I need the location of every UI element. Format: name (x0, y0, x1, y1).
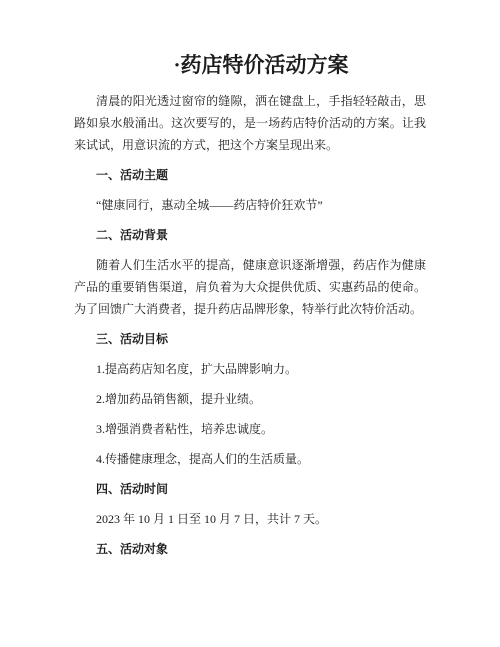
section-paragraph: 3.增强消费者粘性，培养忠诚度。 (74, 418, 426, 440)
section-paragraph: 1.提高药店知名度，扩大品牌影响力。 (74, 358, 426, 380)
section-paragraph: 2.增加药品销售额，提升业绩。 (74, 388, 426, 410)
section-heading: 二、活动背景 (74, 224, 426, 246)
intro-paragraph: 清晨的阳光透过窗帘的缝隙，洒在键盘上，手指轻轻敲击，思路如泉水般涌出。这次要写的… (74, 90, 426, 156)
document-page: ·药店特价活动方案 清晨的阳光透过窗帘的缝隙，洒在键盘上，手指轻轻敲击，思路如泉… (0, 0, 500, 647)
section-heading: 一、活动主题 (74, 164, 426, 186)
section-heading: 三、活动目标 (74, 328, 426, 350)
section-paragraph: 2023 年 10 月 1 日至 10 月 7 日，共计 7 天。 (74, 508, 426, 530)
section-paragraph: 随着人们生活水平的提高，健康意识逐渐增强，药店作为健康产品的重要销售渠道，肩负着… (74, 254, 426, 320)
section-paragraph: 4.传播健康理念，提高人们的生活质量。 (74, 448, 426, 470)
document-title: ·药店特价活动方案 (74, 52, 426, 78)
section-heading: 四、活动时间 (74, 478, 426, 500)
document-sections: 一、活动主题“健康同行，惠动全城——药店特价狂欢节”二、活动背景随着人们生活水平… (74, 164, 426, 560)
section-heading: 五、活动对象 (74, 538, 426, 560)
section-paragraph: “健康同行，惠动全城——药店特价狂欢节” (74, 194, 426, 216)
